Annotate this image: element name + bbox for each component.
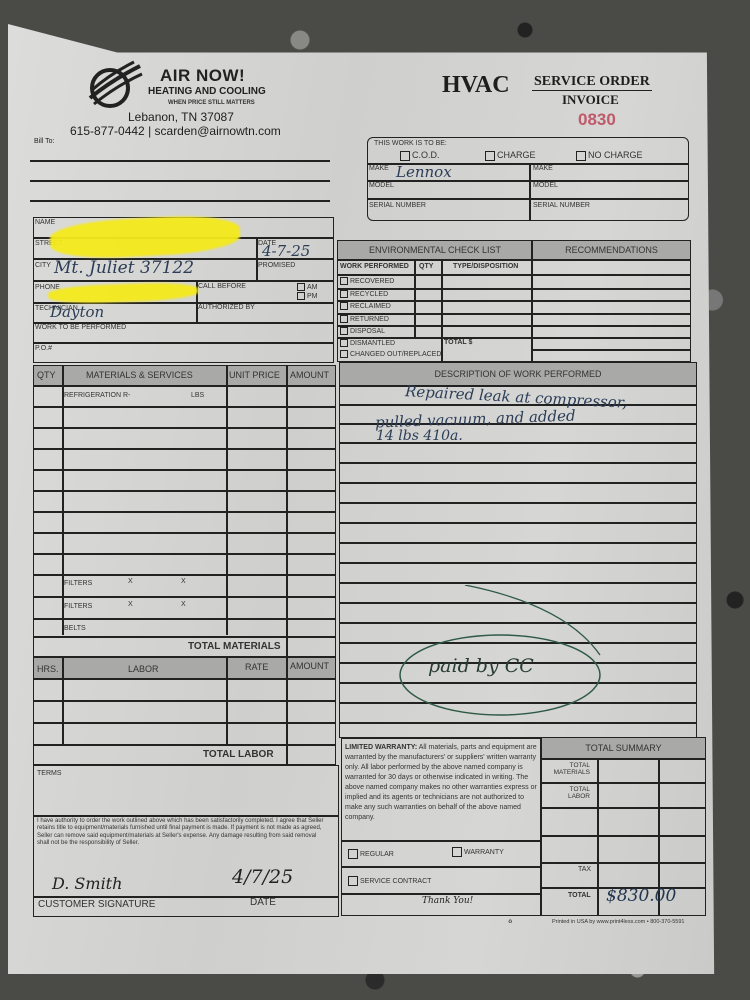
ruled-line <box>339 502 697 504</box>
env-item-recovered[interactable]: RECOVERED <box>340 277 394 285</box>
checkbox[interactable] <box>400 151 410 161</box>
company-tagline: HEATING AND COOLING <box>148 86 266 97</box>
hvac-title: HVAC <box>442 72 510 99</box>
payment-note[interactable]: paid by CC <box>428 655 534 677</box>
col-materials: MATERIALS & SERVICES <box>86 370 193 380</box>
company-slogan: WHEN PRICE STILL MATTERS <box>168 100 255 106</box>
make-label-2: MAKE <box>533 165 553 172</box>
refrigeration-label: REFRIGERATION R- <box>64 392 130 399</box>
ruled-line <box>339 722 697 724</box>
filters-label: FILTERS <box>64 603 92 610</box>
bill-to-line <box>30 160 330 162</box>
checkbox[interactable] <box>340 302 348 310</box>
ruled-line <box>33 427 336 429</box>
option-cod[interactable]: C.O.D. <box>400 150 440 161</box>
option-warranty[interactable]: WARRANTY <box>452 847 504 857</box>
total-labor-label: TOTAL LABOR <box>203 749 274 760</box>
checkbox[interactable] <box>452 847 462 857</box>
description-title: DESCRIPTION OF WORK PERFORMED <box>340 363 696 385</box>
name-label: NAME <box>35 219 55 226</box>
bill-to-line <box>30 200 330 202</box>
option-regular[interactable]: REGULAR <box>348 849 394 859</box>
company-address: Lebanon, TN 37087 <box>128 110 234 124</box>
checkbox[interactable] <box>348 849 358 859</box>
serial-label: SERIAL NUMBER <box>369 202 426 209</box>
make-value[interactable]: Lennox <box>396 163 452 181</box>
env-item-returned[interactable]: RETURNED <box>340 315 389 323</box>
ruled-line <box>339 482 697 484</box>
col-hrs: HRS. <box>37 664 59 674</box>
ruled-line <box>33 511 336 513</box>
ruled-line <box>33 469 336 471</box>
col-qty: QTY <box>37 370 56 380</box>
env-item-recycled[interactable]: RECYCLED <box>340 290 388 298</box>
env-item-changed-out-replaced[interactable]: CHANGED OUT/REPLACED <box>340 350 441 358</box>
filters-label: FILTERS <box>64 580 92 587</box>
summary-tax-label: TAX <box>578 866 591 873</box>
filters-x: X <box>181 578 186 585</box>
ruled-line <box>33 532 336 534</box>
terms-label: TERMS <box>37 770 62 777</box>
env-item-disposal[interactable]: DISPOSAL <box>340 327 385 335</box>
recommendations-title: RECOMMENDATIONS <box>533 241 690 259</box>
col-rate: RATE <box>245 662 268 672</box>
checkbox[interactable] <box>340 277 348 285</box>
filters-x: X <box>128 601 133 608</box>
env-item-reclaimed[interactable]: RECLAIMED <box>340 302 391 310</box>
filters-x: X <box>128 578 133 585</box>
authorization-text: I have authority to order the work outli… <box>37 818 327 848</box>
recycle-icon: ♻ <box>508 919 512 925</box>
checkbox[interactable] <box>485 151 495 161</box>
ruled-line <box>339 385 697 387</box>
warranty-body: All materials, parts and equipment are w… <box>345 744 537 821</box>
work-to-be-performed-label: WORK TO BE PERFORMED <box>35 324 126 331</box>
make-label: MAKE <box>369 165 389 172</box>
col-unit-price: UNIT PRICE <box>229 370 280 380</box>
env-total-label: TOTAL $ <box>444 339 472 346</box>
checkbox[interactable] <box>340 339 348 347</box>
checkbox[interactable] <box>348 876 358 886</box>
col-work-performed: WORK PERFORMED <box>340 263 409 270</box>
env-checklist-title: ENVIRONMENTAL CHECK LIST <box>338 241 532 259</box>
option-charge[interactable]: CHARGE <box>485 150 536 161</box>
call-before-label: CALL BEFORE <box>198 283 246 290</box>
col-amount: AMOUNT <box>290 661 329 671</box>
model-label-2: MODEL <box>533 182 558 189</box>
signature-date-label: DATE <box>250 897 276 908</box>
checkbox[interactable] <box>340 290 348 298</box>
ruled-line <box>339 562 697 564</box>
ruled-line <box>339 582 697 584</box>
ruled-line <box>33 596 336 598</box>
service-order-title: SERVICE ORDER <box>532 74 652 91</box>
city-value[interactable]: Mt. Juliet 37122 <box>54 258 194 278</box>
col-amount: AMOUNT <box>290 370 329 380</box>
col-labor: LABOR <box>128 664 159 674</box>
checkbox[interactable] <box>576 151 586 161</box>
checkbox[interactable] <box>340 350 348 358</box>
env-item-dismantled[interactable]: DISMANTLED <box>340 339 395 347</box>
ruled-line <box>33 490 336 492</box>
thank-you-text: Thank You! <box>422 896 473 906</box>
ruled-line <box>33 385 336 387</box>
col-type-disposition: TYPE/DISPOSITION <box>453 263 518 270</box>
customer-signature-value[interactable]: D. Smith <box>52 874 122 893</box>
authorized-by-label: AUTHORIZED BY <box>198 304 255 311</box>
filters-x: X <box>181 601 186 608</box>
total-summary-title: TOTAL SUMMARY <box>542 738 705 758</box>
invoice-title: INVOICE <box>562 92 619 108</box>
city-label: CITY <box>35 262 51 269</box>
technician-value[interactable]: Dayton <box>50 303 104 321</box>
bill-to-label: Bill To: <box>34 138 55 145</box>
serial-label-2: SERIAL NUMBER <box>533 202 590 209</box>
option-no-charge[interactable]: NO CHARGE <box>576 150 643 161</box>
warranty-text: LIMITED WARRANTY: All materials, parts a… <box>345 743 537 823</box>
company-contact: 615-877-0442 | scarden@airnowtn.com <box>70 124 281 138</box>
am-option[interactable]: AM <box>297 283 318 291</box>
company-name: AIR NOW! <box>160 66 245 86</box>
option-service-contract[interactable]: SERVICE CONTRACT <box>348 876 431 886</box>
model-label: MODEL <box>369 182 394 189</box>
ruled-line <box>339 522 697 524</box>
ruled-line <box>33 553 336 555</box>
col-qty: QTY <box>419 263 433 270</box>
summary-total-labor: TOTAL LABOR <box>548 786 590 800</box>
ruled-line <box>339 462 697 464</box>
pm-option[interactable]: PM <box>297 292 318 300</box>
date-value[interactable]: 4-7-25 <box>262 242 310 260</box>
customer-signature-label: CUSTOMER SIGNATURE <box>38 899 155 910</box>
invoice-number: 0830 <box>578 110 616 130</box>
total-materials-label: TOTAL MATERIALS <box>188 641 281 652</box>
summary-total-materials: TOTAL MATERIALS <box>548 762 590 776</box>
checkbox[interactable] <box>297 292 305 300</box>
bill-to-line <box>30 180 330 182</box>
swirl-logo-icon <box>84 60 144 110</box>
ruled-line <box>33 406 336 408</box>
warranty-title: LIMITED WARRANTY: <box>345 744 417 751</box>
signature-date-value[interactable]: 4/7/25 <box>232 866 293 888</box>
belts-label: BELTS <box>64 625 86 632</box>
checkbox[interactable] <box>297 283 305 291</box>
summary-total-value[interactable]: $830.00 <box>606 886 676 906</box>
po-label: P.O.# <box>35 345 52 352</box>
ruled-line <box>33 574 336 576</box>
lbs-label: LBS <box>191 392 204 399</box>
ruled-line <box>33 618 336 620</box>
ruled-line <box>33 448 336 450</box>
description-line-3[interactable]: 14 lbs 410a. <box>376 428 463 444</box>
ruled-line <box>33 636 336 638</box>
checkbox[interactable] <box>340 327 348 335</box>
summary-total-label: TOTAL <box>568 892 591 899</box>
ruled-line <box>339 542 697 544</box>
circled-note-icon <box>395 585 615 720</box>
checkbox[interactable] <box>340 315 348 323</box>
promised-label: PROMISED <box>258 262 295 269</box>
work-type-label: THIS WORK IS TO BE: <box>374 140 447 147</box>
printer-footer: Printed in USA by www.print4less.com • 8… <box>552 919 684 925</box>
